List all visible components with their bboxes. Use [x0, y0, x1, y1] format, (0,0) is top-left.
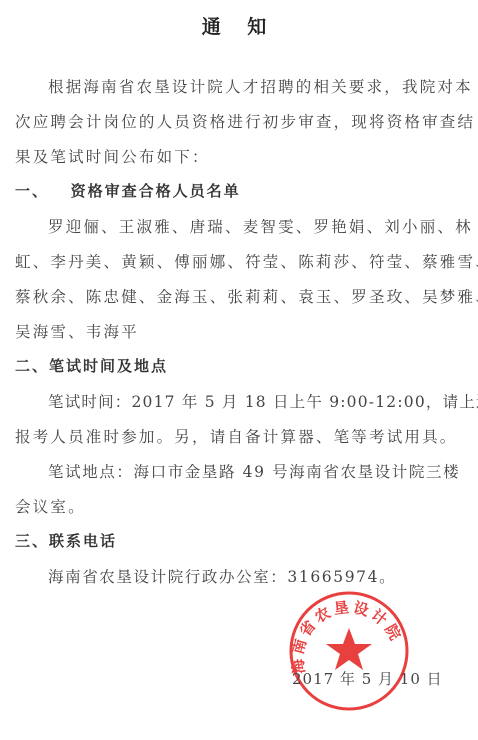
section-2-heading: 二、笔试时间及地点 — [15, 355, 465, 376]
exam-time-line-2: 报考人员准时参加。另，请自备计算器、笔等考试用具。 — [15, 425, 465, 447]
names-line-4: 吴海雪、韦海平 — [15, 320, 465, 342]
exam-location-line-2: 会议室。 — [15, 495, 465, 517]
contact-phone-line: 海南省农垦设计院行政办公室：31665974。 — [48, 565, 478, 587]
exam-location-line-1: 笔试地点：海口市金垦路 49 号海南省农垦设计院三楼 — [48, 460, 478, 482]
document-title: 通 知 — [0, 12, 478, 39]
names-line-2: 虹、李丹美、黄颖、傅丽娜、符莹、陈莉莎、符莹、蔡雅雪、 — [15, 250, 465, 272]
intro-line-1: 根据海南省农垦设计院人才招聘的相关要求，我院对本 — [48, 75, 478, 97]
section-1-heading: 一、 资格审查合格人员名单 — [15, 180, 465, 201]
exam-time-line-1: 笔试时间：2017 年 5 月 18 日上午 9:00-12:00，请上述 — [48, 390, 478, 412]
seal-icon: 海南省农垦设计院 — [288, 590, 410, 712]
notice-document: 通 知 根据海南省农垦设计院人才招聘的相关要求，我院对本 次应聘会计岗位的人员资… — [0, 0, 478, 740]
intro-line-3: 果及笔试时间公布如下： — [15, 145, 465, 167]
intro-line-2: 次应聘会计岗位的人员资格进行初步审查，现将资格审查结 — [15, 110, 465, 132]
names-line-3: 蔡秋余、陈忠健、金海玉、张莉莉、袁玉、罗圣玫、吴梦雅、 — [15, 285, 465, 307]
names-line-1: 罗迎俪、王淑雅、唐瑞、麦智雯、罗艳娟、刘小丽、林 — [48, 215, 478, 237]
official-seal-stamp: 海南省农垦设计院 — [288, 590, 410, 712]
issue-date: 2017 年 5 月 10 日 — [292, 668, 443, 689]
section-3-heading: 三、联系电话 — [15, 530, 465, 551]
